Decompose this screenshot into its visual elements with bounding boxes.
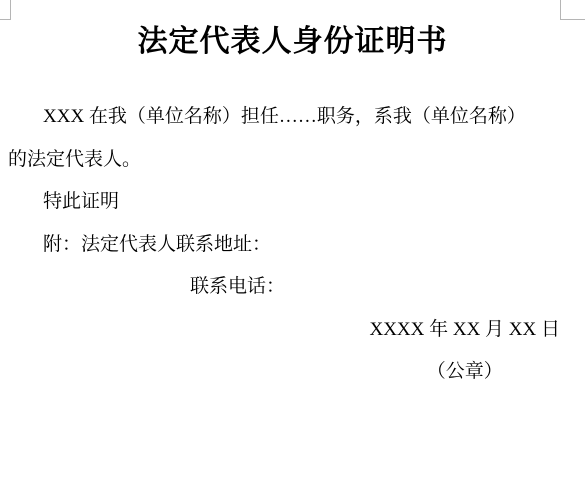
- certify-line: 特此证明: [8, 181, 571, 224]
- document-body: XXX 在我（单位名称）担任……职务，系我（单位名称） 的法定代表人。 特此证明…: [0, 96, 585, 394]
- attachment-address-line: 附：法定代表人联系地址：: [8, 224, 571, 267]
- document-page: 法定代表人身份证明书 XXX 在我（单位名称）担任……职务，系我（单位名称） 的…: [0, 0, 585, 478]
- contact-phone-line: 联系电话：: [8, 266, 571, 309]
- seal-line: （公章）: [369, 351, 560, 394]
- signature-block: XXXX 年 XX 月 XX 日 （公章）: [369, 309, 560, 394]
- document-title: 法定代表人身份证明书: [0, 22, 585, 62]
- margin-crop-mark-top-right: [560, 0, 585, 20]
- date-line: XXXX 年 XX 月 XX 日: [369, 309, 560, 352]
- margin-crop-mark-top-left: [0, 0, 11, 20]
- paragraph-line-1: XXX 在我（单位名称）担任……职务，系我（单位名称）: [8, 96, 571, 139]
- paragraph-line-2: 的法定代表人。: [8, 139, 571, 182]
